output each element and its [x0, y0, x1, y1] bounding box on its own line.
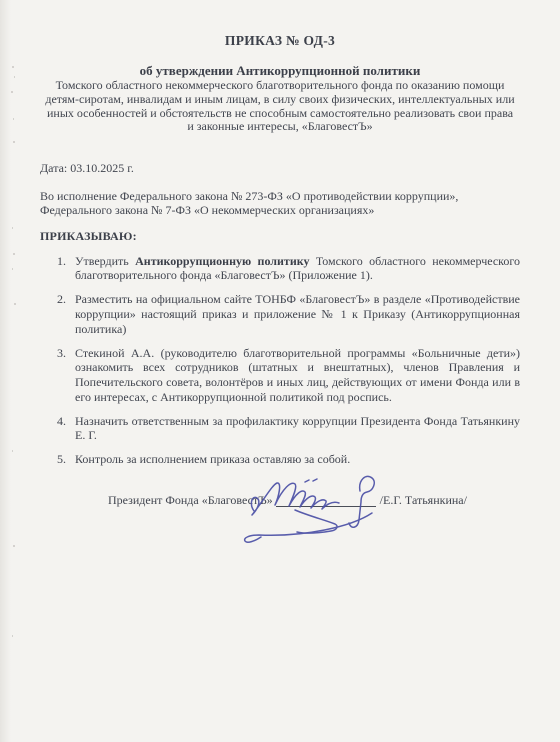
order-item-number: 4.	[57, 414, 69, 443]
order-item-text: Стекиной А.А. (руководителю благотворите…	[75, 346, 520, 405]
scan-speck	[13, 545, 15, 547]
scan-speck	[11, 91, 13, 93]
signature-block: Президент Фонда «БлаговестЪ» /Е.Г. Татья…	[40, 493, 520, 507]
order-list: 1.Утвердить Антикоррупционную политику Т…	[40, 254, 520, 468]
scan-speck	[12, 635, 13, 637]
order-item-text: Разместить на официальном сайте ТОНБФ «Б…	[75, 292, 520, 336]
signature-line	[276, 493, 376, 507]
signature-ink	[238, 475, 380, 543]
order-item: 5.Контроль за исполнением приказа оставл…	[57, 452, 520, 467]
order-item-text: Утвердить Антикоррупционную политику Том…	[75, 254, 520, 283]
scan-speck	[14, 76, 15, 78]
scan-speck	[12, 450, 13, 452]
order-item: 4.Назначить ответственным за профилактик…	[57, 414, 520, 443]
scan-speck	[13, 118, 14, 120]
signatory-name: /Е.Г. Татьянкина/	[380, 493, 467, 507]
document-page: ПРИКАЗ № ОД-3 об утверждении Антикоррупц…	[0, 0, 560, 742]
scan-speck	[12, 227, 13, 229]
scan-speck	[12, 66, 14, 68]
date-line: Дата: 03.10.2025 г.	[40, 161, 520, 175]
scan-speck	[12, 268, 13, 270]
order-item: 2.Разместить на официальном сайте ТОНБФ …	[57, 292, 520, 336]
order-title: ПРИКАЗ № ОД-3	[40, 33, 520, 49]
order-item-text: Контроль за исполнением приказа оставляю…	[75, 452, 520, 467]
order-item-number: 3.	[57, 346, 69, 405]
scan-speck	[13, 141, 15, 143]
order-item-number: 5.	[57, 452, 69, 467]
order-subtitle: об утверждении Антикоррупционной политик…	[40, 63, 520, 78]
order-item: 1.Утвердить Антикоррупционную политику Т…	[57, 254, 520, 283]
order-item-number: 2.	[57, 292, 69, 336]
order-item-text: Назначить ответственным за профилактику …	[75, 414, 520, 443]
order-item: 3.Стекиной А.А. (руководителю благотвори…	[57, 346, 520, 405]
signature-label: Президент Фонда «БлаговестЪ»	[108, 493, 273, 507]
order-verb: ПРИКАЗЫВАЮ:	[40, 229, 520, 243]
scan-speck	[14, 303, 16, 305]
order-item-number: 1.	[57, 254, 69, 283]
scan-speck	[13, 253, 15, 255]
preamble-text: Во исполнение Федерального закона № 273-…	[40, 189, 520, 217]
organization-description: Томского областного некоммерческого благ…	[43, 79, 517, 134]
